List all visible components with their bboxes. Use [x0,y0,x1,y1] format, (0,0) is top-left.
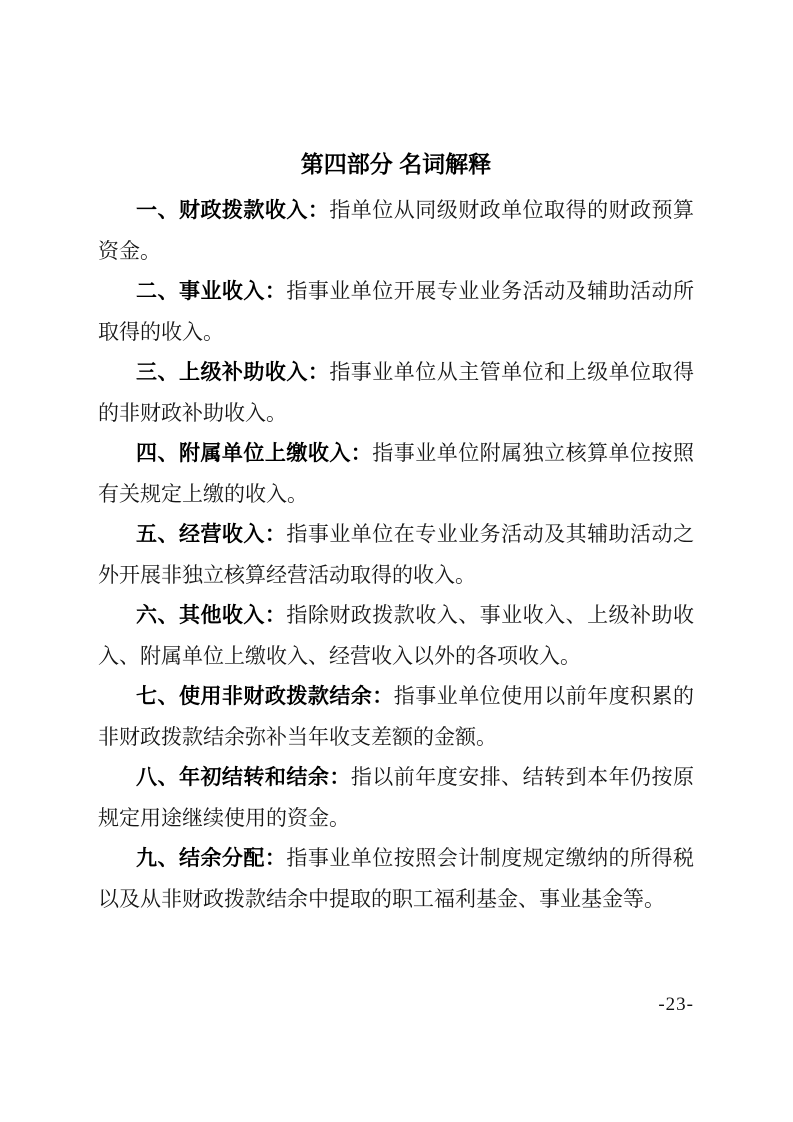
term-paragraph: 六、其他收入：指除财政拨款收入、事业收入、上级补助收入、附属单位上缴收入、经营收… [98,595,694,676]
term-paragraph: 五、经营收入：指事业单位在专业业务活动及其辅助活动之外开展非独立核算经营活动取得… [98,514,694,595]
term-name: 四、附属单位上缴收入： [136,442,372,465]
term-name: 五、经营收入： [136,523,286,546]
page-number: -23- [658,992,694,1018]
term-name: 七、使用非财政拨款结余： [136,685,394,708]
document-page: 第四部分 名词解释 一、财政拨款收入：指单位从同级财政单位取得的财政预算资金。 … [0,0,793,1122]
term-paragraph: 四、附属单位上缴收入：指事业单位附属独立核算单位按照有关规定上缴的收入。 [98,433,694,514]
term-name: 六、其他收入： [136,604,286,627]
document-body: 第四部分 名词解释 一、财政拨款收入：指单位从同级财政单位取得的财政预算资金。 … [98,0,694,919]
term-name: 八、年初结转和结余： [136,766,351,789]
term-name: 二、事业收入： [136,280,286,303]
term-paragraph: 九、结余分配：指事业单位按照会计制度规定缴纳的所得税以及从非财政拨款结余中提取的… [98,838,694,919]
term-name: 九、结余分配： [136,847,286,870]
term-paragraph: 七、使用非财政拨款结余：指事业单位使用以前年度积累的非财政拨款结余弥补当年收支差… [98,676,694,757]
term-paragraph: 三、上级补助收入：指事业单位从主管单位和上级单位取得的非财政补助收入。 [98,352,694,433]
term-name: 一、财政拨款收入： [136,199,329,222]
term-paragraph: 二、事业收入：指事业单位开展专业业务活动及辅助活动所取得的收入。 [98,271,694,352]
page-title: 第四部分 名词解释 [98,0,694,179]
term-name: 三、上级补助收入： [136,361,329,384]
term-paragraph: 八、年初结转和结余：指以前年度安排、结转到本年仍按原规定用途继续使用的资金。 [98,757,694,838]
term-paragraph: 一、财政拨款收入：指单位从同级财政单位取得的财政预算资金。 [98,190,694,271]
